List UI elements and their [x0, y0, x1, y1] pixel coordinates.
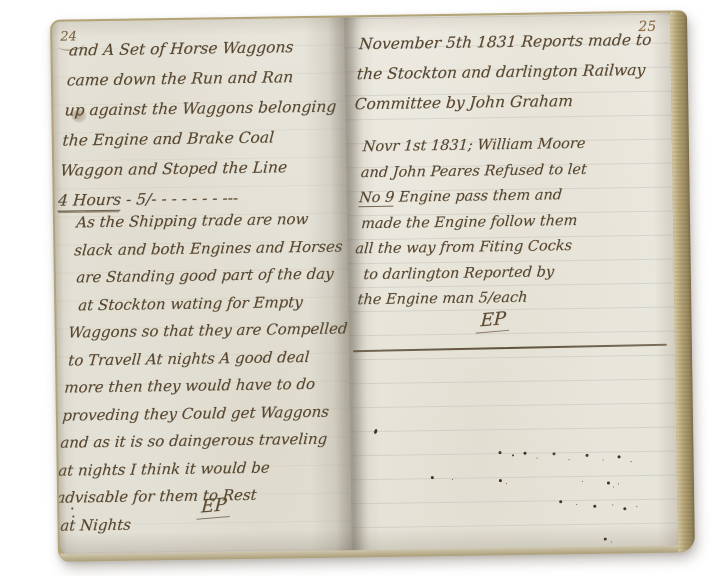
manuscript-line: to Travell At nights A good deal	[65, 343, 349, 375]
ink-speckles	[431, 476, 434, 479]
entry-waggons: and A Set of Horse Waggons came down the…	[57, 31, 348, 215]
ink-dots	[71, 507, 73, 509]
underlined-engine-number: No 9	[358, 190, 394, 208]
ink-speckles	[498, 451, 501, 454]
manuscript-line: and A Set of Horse Waggons	[68, 31, 348, 65]
manuscript-line: are Standing good part of the day	[71, 260, 355, 292]
signature-initials: EP	[476, 308, 511, 334]
line-rest: Engine pass them and	[398, 187, 562, 205]
left-page: 24 and A Set of Horse Waggons came down …	[52, 17, 352, 554]
ink-speckles	[604, 538, 607, 541]
manuscript-line: up against the Waggons belonging	[64, 91, 344, 125]
report-heading: November 5th 1831 Reports made to the St…	[354, 25, 671, 120]
manuscript-line: at nights I think it would be	[57, 453, 341, 485]
hand-drawn-rule	[353, 344, 667, 353]
manuscript-line: and as it is so daingerous traveling	[59, 425, 343, 457]
notebook-photo: 24 and A Set of Horse Waggons came down …	[50, 10, 695, 561]
signature-initials: EP	[197, 494, 232, 520]
manuscript-line: Committee by John Graham	[354, 85, 666, 120]
manuscript-line: more then they would have to do	[63, 370, 347, 402]
manuscript-line: Waggons so that they are Compelled	[67, 315, 351, 347]
ink-speckles	[559, 500, 562, 503]
manuscript-line: the Engine and Brake Coal	[61, 121, 341, 155]
open-spread: 24 and A Set of Horse Waggons came down …	[52, 13, 678, 555]
manuscript-line: As the Shipping trade are now	[75, 205, 359, 237]
manuscript-line: the Stockton and darlington Railway	[356, 55, 668, 90]
manuscript-line: at Stockton wating for Empty	[69, 288, 353, 320]
manuscript-line: slack and both Engines and Horses	[73, 233, 357, 265]
manuscript-line: November 5th 1831 Reports made to	[358, 25, 670, 60]
hours-dashes: - 5/- - - - - - - ---	[125, 189, 238, 209]
entry-nov-1: Novr 1st 1831; William Moore and John Pe…	[351, 130, 678, 313]
manuscript-line: at Nights	[53, 508, 337, 540]
manuscript-line: came down the Run and Ran	[66, 61, 346, 95]
manuscript-line: Waggon and Stoped the Line	[59, 151, 339, 185]
manuscript-line: proveding they Could get Waggons	[61, 398, 345, 430]
ink-speckles	[373, 429, 377, 435]
photo-canvas: { "book": { "left_page": { "page_number"…	[0, 0, 713, 576]
right-page: 25 November 5th 1831 Reports made to the…	[344, 13, 678, 551]
entry-shipping-trade: As the Shipping trade are now slack and …	[53, 205, 359, 540]
